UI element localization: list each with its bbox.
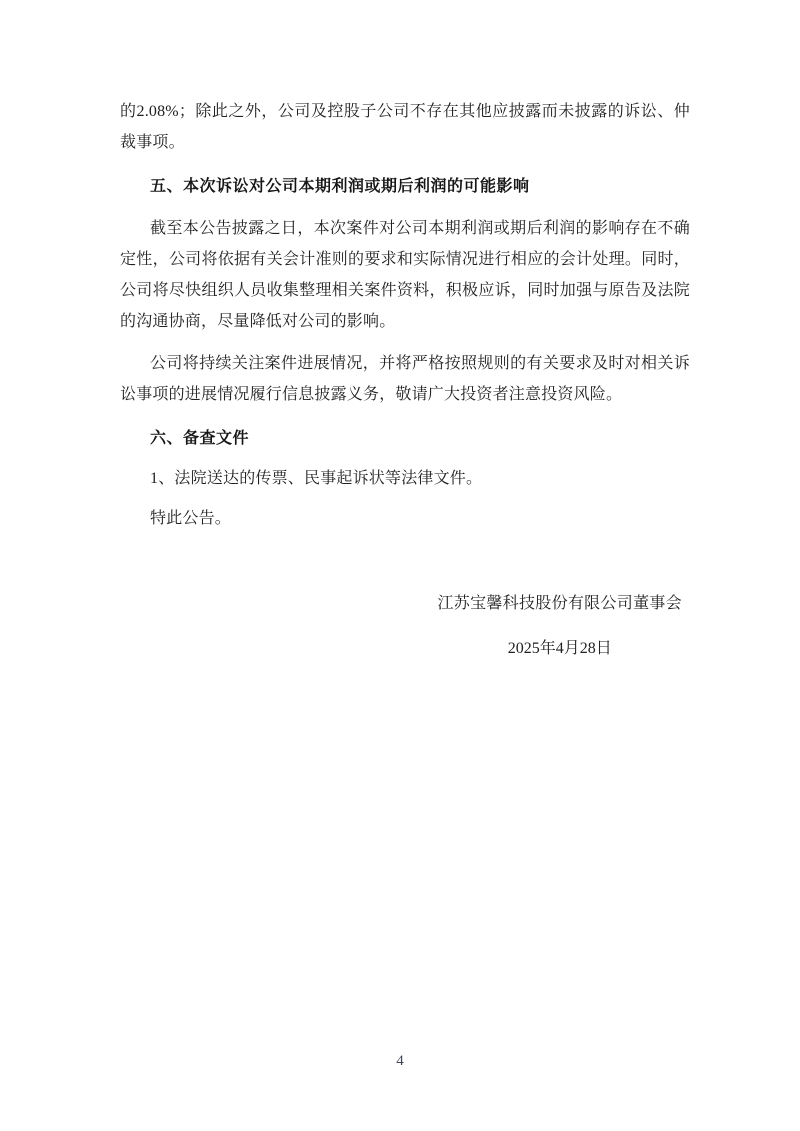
signature-block: 江苏宝馨科技股份有限公司董事会 2025年4月28日 [120, 588, 690, 664]
section-5-paragraph-2: 公司将持续关注案件进展情况，并将严格按照规则的有关要求及时对相关诉讼事项的进展情… [120, 348, 690, 410]
page-body: 的2.08%；除此之外，公司及控股子公司不存在其他应披露而未披露的诉讼、仲裁事项… [120, 96, 690, 664]
section-6-heading: 六、备查文件 [120, 423, 690, 454]
signature-inner: 江苏宝馨科技股份有限公司董事会 2025年4月28日 [437, 588, 682, 664]
continuation-paragraph: 的2.08%；除此之外，公司及控股子公司不存在其他应披露而未披露的诉讼、仲裁事项… [120, 96, 690, 158]
signature-date: 2025年4月28日 [437, 633, 682, 664]
section-6-item-1: 1、法院送达的传票、民事起诉状等法律文件。 [120, 463, 690, 494]
section-5-paragraph-1: 截至本公告披露之日，本次案件对公司本期利润或期后利润的影响存在不确定性，公司将依… [120, 213, 690, 337]
closing-statement: 特此公告。 [120, 503, 690, 534]
signature-company: 江苏宝馨科技股份有限公司董事会 [437, 588, 682, 619]
document-page: 的2.08%；除此之外，公司及控股子公司不存在其他应披露而未披露的诉讼、仲裁事项… [0, 0, 800, 1131]
page-number: 4 [0, 1046, 800, 1077]
section-5-heading: 五、本次诉讼对公司本期利润或期后利润的可能影响 [120, 171, 690, 202]
